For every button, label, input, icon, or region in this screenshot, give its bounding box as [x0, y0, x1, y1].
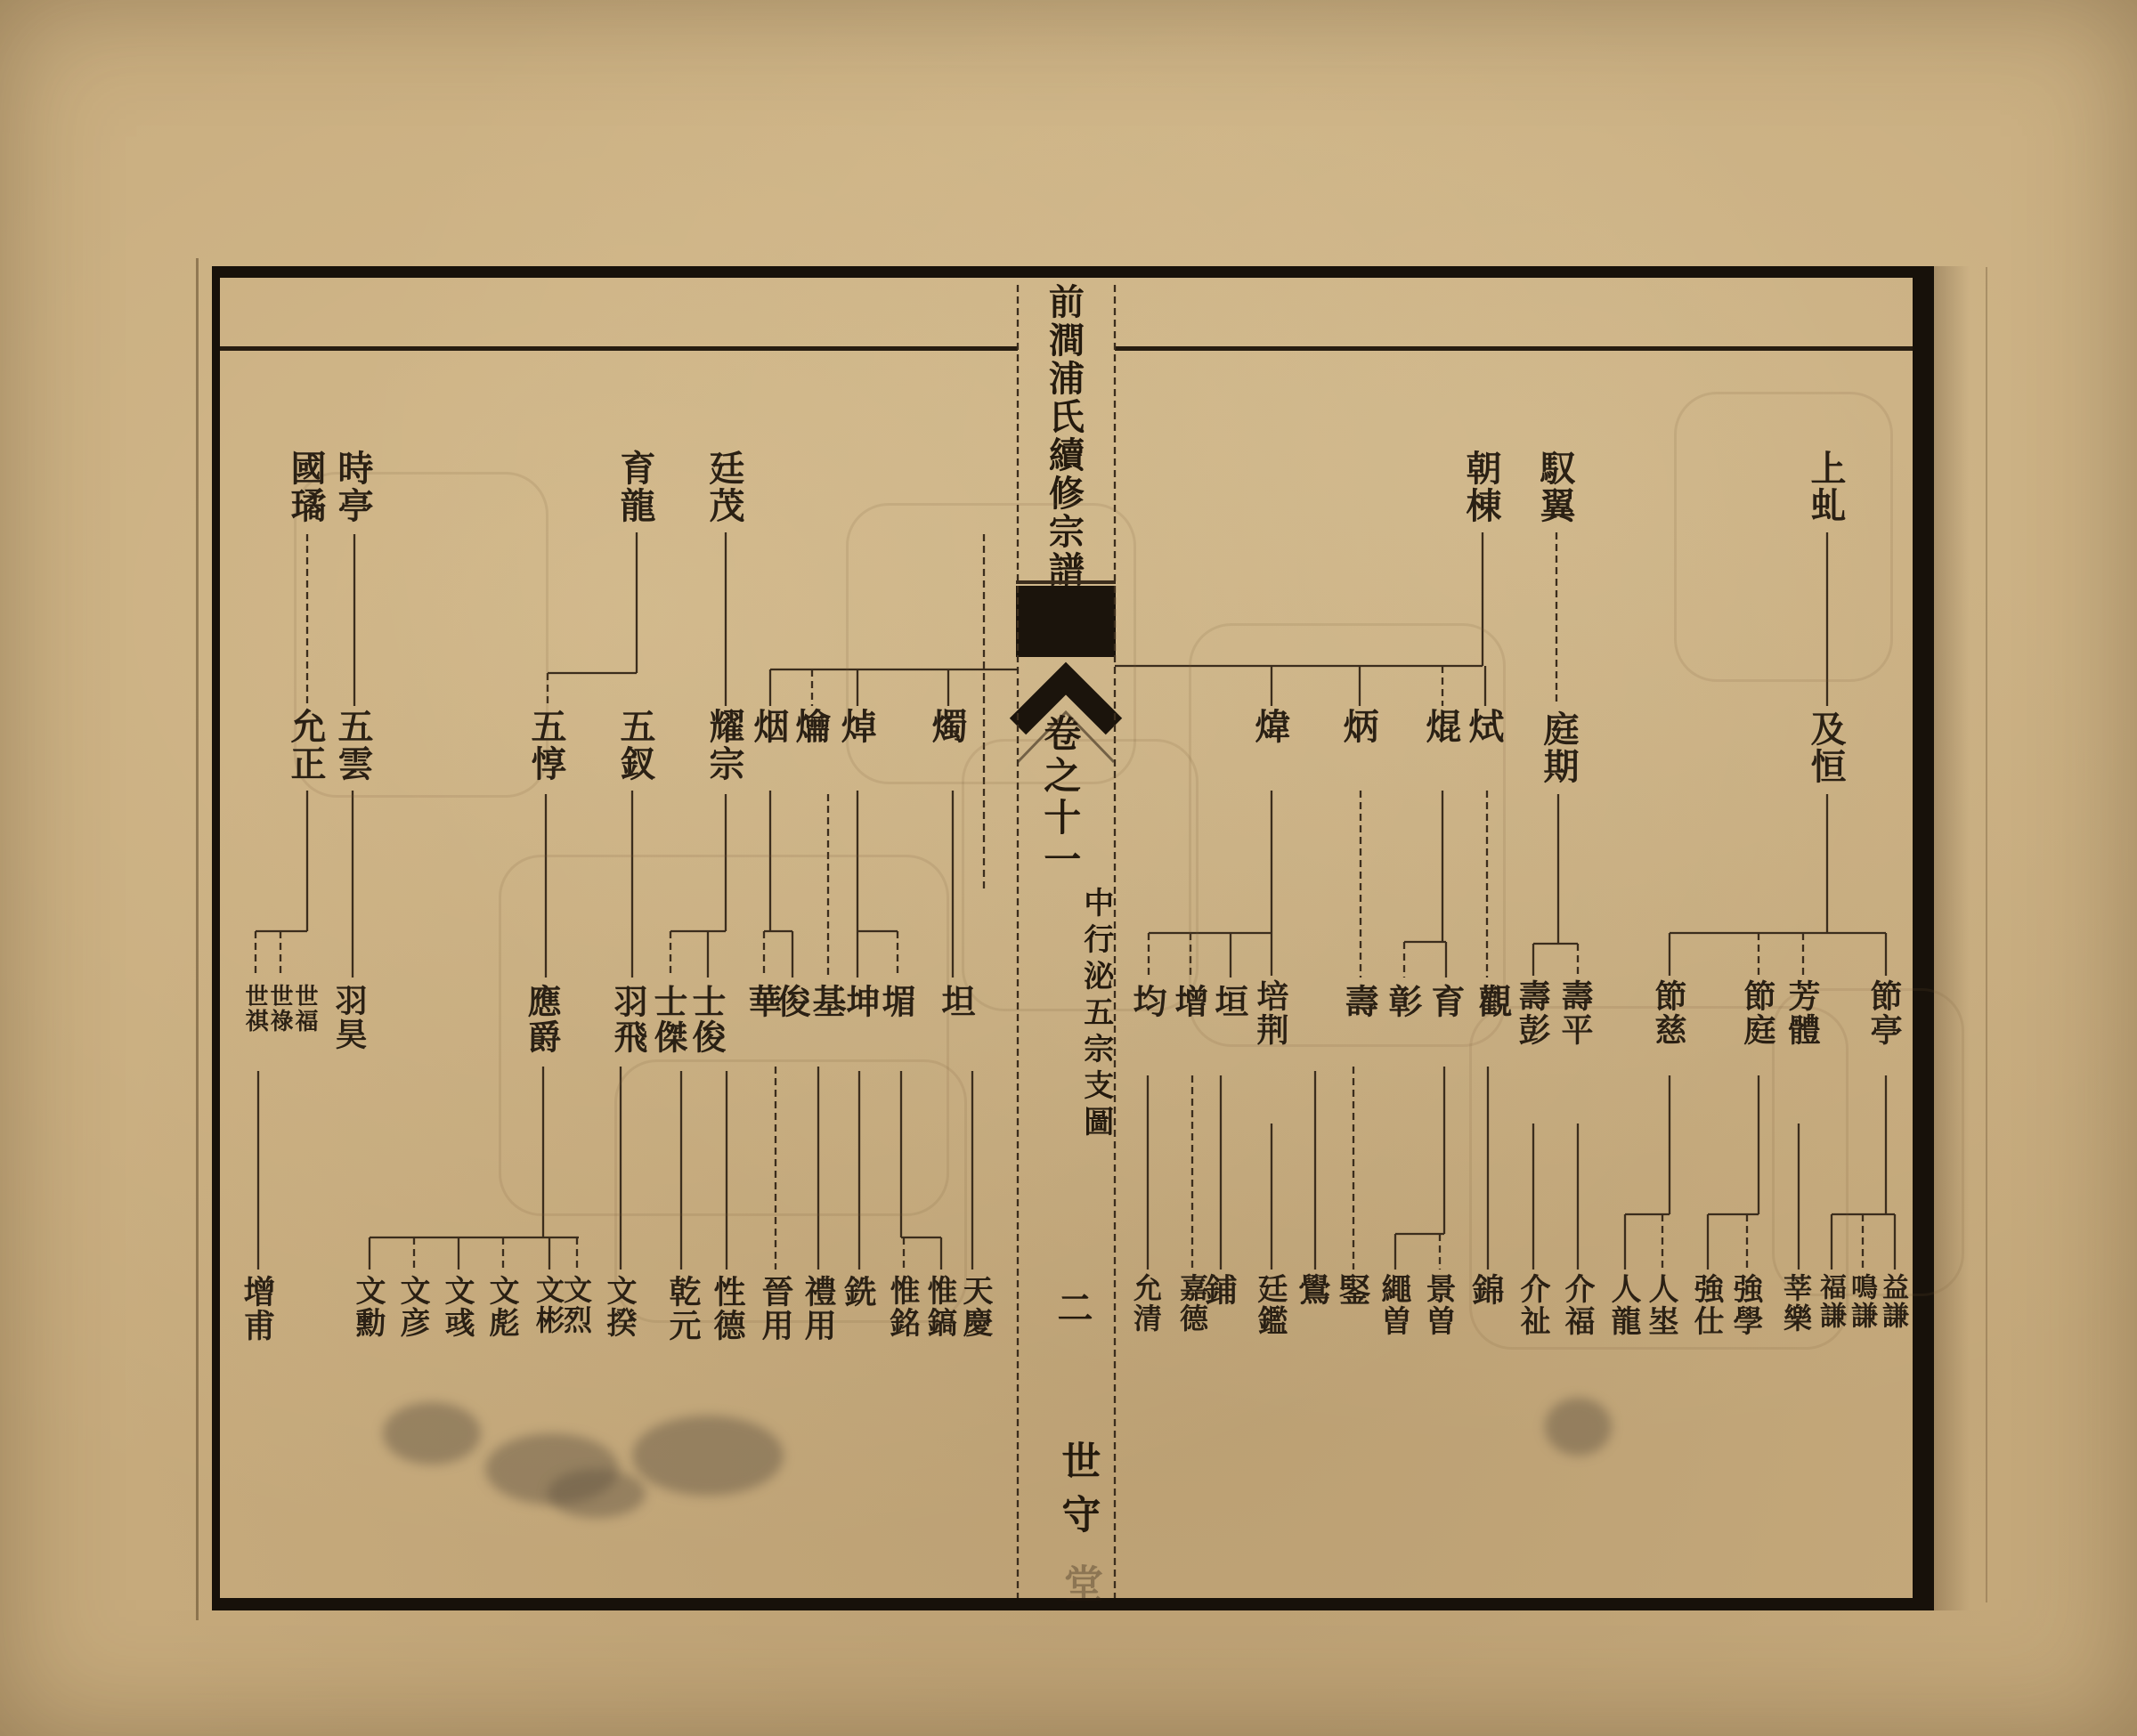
person-name: 允清	[1129, 1273, 1161, 1334]
person-name: 莘樂	[1779, 1273, 1811, 1334]
person-name: 上虬	[1805, 450, 1845, 524]
person-name: 耀宗	[703, 708, 743, 783]
person-name: 文勳	[351, 1275, 385, 1339]
person-name: 應爵	[522, 984, 560, 1055]
person-name: 強學	[1728, 1273, 1762, 1337]
person-name: 益謙	[1877, 1273, 1907, 1330]
person-name: 羽昊	[330, 984, 366, 1051]
person-name: 繩曽	[1377, 1273, 1410, 1337]
person-name: 壽平	[1556, 979, 1592, 1047]
person-name: 銑	[840, 1275, 875, 1309]
person-name: 文彧	[440, 1275, 474, 1339]
person-name: 士俊	[687, 984, 725, 1055]
person-name: 爚	[790, 708, 830, 745]
person-name: 士傑	[648, 984, 687, 1055]
person-name: 均	[1127, 984, 1166, 1019]
person-name: 增	[1169, 984, 1207, 1019]
person-name: 世祿	[266, 984, 292, 1034]
person-name: 介福	[1560, 1273, 1594, 1337]
person-name: 庭期	[1538, 710, 1578, 785]
person-name: 五惇	[525, 708, 565, 783]
person-name: 嘉德	[1175, 1273, 1207, 1334]
person-name: 朝棟	[1460, 450, 1500, 524]
person-name: 節庭	[1739, 979, 1775, 1047]
person-name: 燭	[926, 708, 966, 745]
ink-bleedthrough	[1674, 392, 1893, 682]
person-name: 增甫	[239, 1275, 274, 1343]
person-name: 鳴謙	[1846, 1273, 1876, 1330]
person-name: 文彪	[484, 1275, 518, 1339]
person-name: 人龍	[1606, 1273, 1640, 1337]
person-name: 五雲	[332, 708, 372, 783]
person-name: 國璚	[285, 450, 325, 524]
person-name: 羽飛	[608, 984, 646, 1055]
person-name: 彰	[1383, 984, 1421, 1019]
handwriting-smudge	[383, 1402, 481, 1464]
person-name: 節亭	[1865, 979, 1901, 1047]
person-name: 堳	[876, 984, 914, 1019]
person-name: 坤	[841, 984, 879, 1019]
person-name: 鋻	[1334, 1273, 1369, 1307]
person-name: 芳體	[1784, 979, 1819, 1047]
person-name: 垣	[1209, 984, 1247, 1019]
person-name: 晉用	[757, 1275, 792, 1343]
person-name: 福謙	[1815, 1273, 1845, 1330]
person-name: 文揆	[602, 1275, 636, 1339]
person-name: 天慶	[958, 1275, 992, 1339]
person-name: 景曽	[1421, 1273, 1455, 1337]
handwriting-smudge	[632, 1416, 784, 1496]
person-name: 惟銘	[885, 1275, 919, 1339]
person-name: 烒	[1463, 708, 1503, 745]
person-name: 壽	[1339, 984, 1377, 1019]
person-name: 文彦	[395, 1275, 429, 1339]
person-name: 煒	[1249, 708, 1289, 745]
person-name: 焯	[835, 708, 875, 745]
person-name: 性德	[709, 1275, 744, 1343]
person-name: 時亭	[332, 450, 372, 524]
handwriting-smudge	[1545, 1398, 1612, 1456]
person-name: 基	[807, 984, 845, 1019]
person-name: 育	[1426, 984, 1464, 1019]
person-name: 馭翼	[1534, 450, 1574, 524]
person-name: 俊	[771, 984, 809, 1019]
person-name: 錦	[1467, 1273, 1503, 1307]
person-name: 坦	[936, 984, 974, 1019]
person-name: 育龍	[614, 450, 654, 524]
person-name: 乾元	[664, 1275, 700, 1343]
handwriting-smudge	[548, 1469, 646, 1518]
person-name: 炳	[1337, 708, 1377, 745]
person-name: 節慈	[1650, 979, 1686, 1047]
ink-bleedthrough	[962, 739, 1199, 1011]
person-name: 廷茂	[703, 450, 743, 524]
person-name: 世福	[291, 984, 317, 1034]
person-name: 禮用	[800, 1275, 835, 1343]
person-name: 焜	[1420, 708, 1460, 745]
person-name: 及恒	[1805, 710, 1845, 785]
person-name: 強仕	[1689, 1273, 1723, 1337]
person-name: 鷽	[1294, 1273, 1329, 1307]
person-name: 世祺	[241, 984, 267, 1034]
person-name: 廷鑑	[1253, 1273, 1287, 1337]
person-name: 文烈	[559, 1275, 591, 1335]
person-name: 允正	[285, 708, 325, 783]
person-name: 人埊	[1644, 1273, 1678, 1337]
person-name: 介祉	[1515, 1273, 1549, 1337]
person-name: 惟鎬	[922, 1275, 956, 1339]
person-name: 培荆	[1252, 979, 1288, 1047]
person-name: 烟	[748, 708, 788, 745]
person-name: 觀	[1473, 984, 1511, 1019]
person-name: 壽彭	[1514, 979, 1549, 1047]
person-name: 五釵	[614, 708, 654, 783]
